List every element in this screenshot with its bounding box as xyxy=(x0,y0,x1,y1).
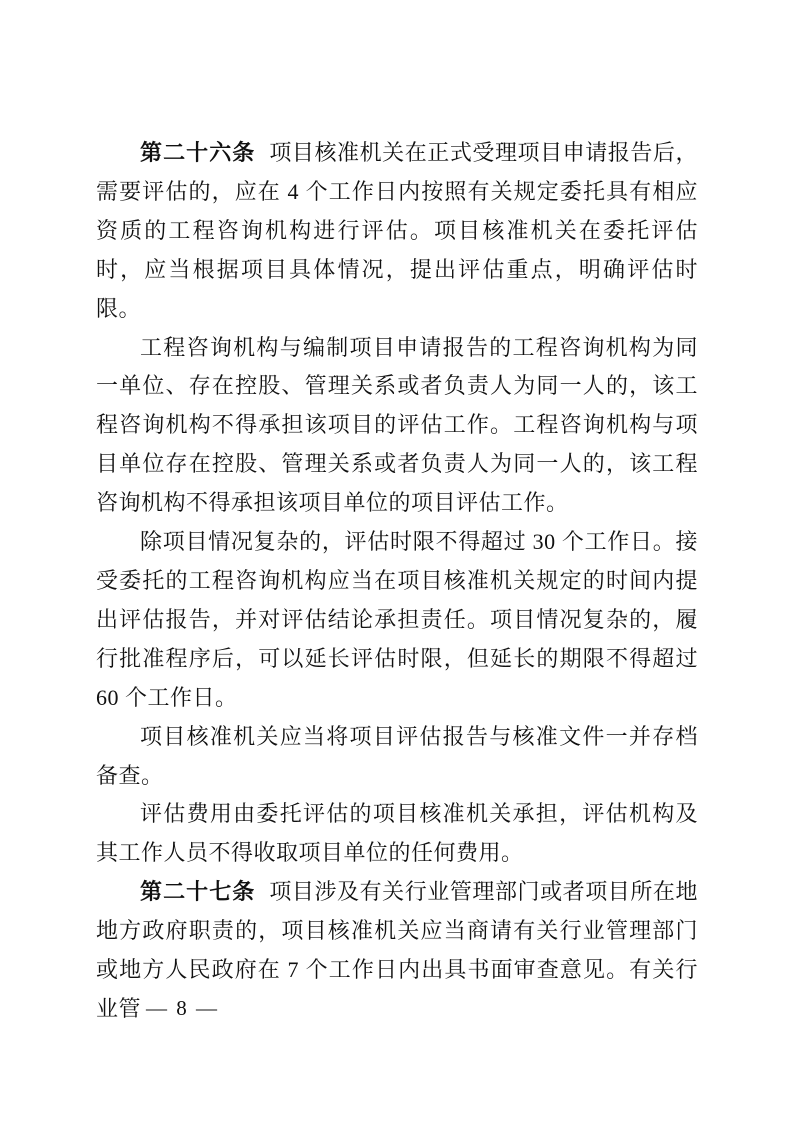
paragraph-text: 评估费用由委托评估的项目核准机关承担，评估机构及其工作人员不得收取项目单位的任何… xyxy=(96,801,698,865)
document-body: 第二十六条项目核准机关在正式受理项目申请报告后，需要评估的，应在 4 个工作日内… xyxy=(96,134,698,1029)
paragraph: 工程咨询机构与编制项目申请报告的工程咨询机构为同一单位、存在控股、管理关系或者负… xyxy=(96,329,698,524)
paragraph-text: 除项目情况复杂的，评估时限不得超过 30 个工作日。接受委托的工程咨询机构应当在… xyxy=(96,529,698,710)
paragraph-article-26: 第二十六条项目核准机关在正式受理项目申请报告后，需要评估的，应在 4 个工作日内… xyxy=(96,134,698,329)
paragraph-text: 项目核准机关在正式受理项目申请报告后，需要评估的，应在 4 个工作日内按照有关规… xyxy=(96,140,698,321)
paragraph-text: 工程咨询机构与编制项目申请报告的工程咨询机构为同一单位、存在控股、管理关系或者负… xyxy=(96,335,698,516)
page-number-footer: — 8 — xyxy=(146,995,219,1021)
paragraph-text: 项目核准机关应当将项目评估报告与核准文件一并存档备查。 xyxy=(96,724,698,788)
article-27-heading: 第二十七条 xyxy=(140,879,255,904)
paragraph: 评估费用由委托评估的项目核准机关承担，评估机构及其工作人员不得收取项目单位的任何… xyxy=(96,795,698,873)
paragraph: 项目核准机关应当将项目评估报告与核准文件一并存档备查。 xyxy=(96,718,698,796)
document-page: 第二十六条项目核准机关在正式受理项目申请报告后，需要评估的，应在 4 个工作日内… xyxy=(0,0,793,1122)
article-26-heading: 第二十六条 xyxy=(140,140,255,165)
paragraph: 除项目情况复杂的，评估时限不得超过 30 个工作日。接受委托的工程咨询机构应当在… xyxy=(96,523,698,718)
